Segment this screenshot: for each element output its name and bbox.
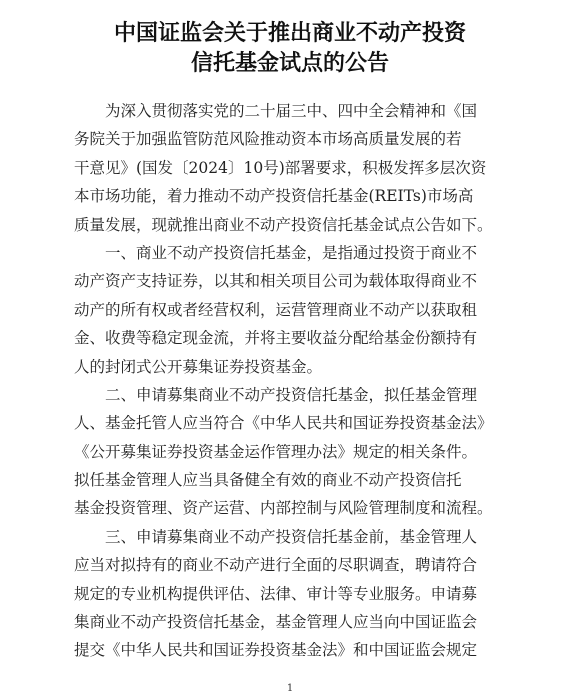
document-title-line-2: 信托基金试点的公告 [0,46,580,77]
text-line: 拟任基金管理人应当具备健全有效的商业不动产投资信托 [74,466,448,494]
document-body: 为深入贯彻落实党的二十届三中、四中全会精神和《国务院关于加强监管防范风险推动资本… [74,97,448,665]
text-line: 基金投资管理、资产运营、内部控制与风险管理制度和流程。 [74,494,448,522]
text-line: 人的封闭式公开募集证券投资基金。 [74,353,448,381]
text-line: 动产的所有权或者经营权利，运营管理商业不动产以获取租 [74,296,448,324]
page-number: 1 [0,683,580,694]
text-line: 动产资产支持证券，以其和相关项目公司为载体取得商业不 [74,267,448,295]
text-line: 提交《中华人民共和国证券投资基金法》和中国证监会规定 [74,636,448,664]
text-line: 二、申请募集商业不动产投资信托基金，拟任基金管理 [74,381,448,409]
text-line: 《公开募集证券投资基金运作管理办法》规定的相关条件。 [74,438,448,466]
text-line: 规定的专业机构提供评估、法律、审计等专业服务。申请募 [74,580,448,608]
text-line: 应当对拟持有的商业不动产进行全面的尽职调查，聘请符合 [74,551,448,579]
text-line: 质量发展，现就推出商业不动产投资信托基金试点公告如下。 [74,211,448,239]
text-line: 干意见》(国发〔2024〕10号)部署要求，积极发挥多层次资 [74,154,448,182]
document-page: 中国证监会关于推出商业不动产投资 信托基金试点的公告 为深入贯彻落实党的二十届三… [0,0,580,700]
text-line: 三、申请募集商业不动产投资信托基金前，基金管理人 [74,523,448,551]
text-line: 一、商业不动产投资信托基金，是指通过投资于商业不 [74,239,448,267]
text-line: 为深入贯彻落实党的二十届三中、四中全会精神和《国 [74,97,448,125]
text-line: 人、基金托管人应当符合《中华人民共和国证券投资基金法》 [74,409,448,437]
text-line: 本市场功能，着力推动不动产投资信托基金(REITs)市场高 [74,182,448,210]
document-title-line-1: 中国证监会关于推出商业不动产投资 [0,16,580,47]
text-line: 务院关于加强监管防范风险推动资本市场高质量发展的若 [74,125,448,153]
text-line: 集商业不动产投资信托基金，基金管理人应当向中国证监会 [74,608,448,636]
text-line: 金、收费等稳定现金流，并将主要收益分配给基金份额持有 [74,324,448,352]
